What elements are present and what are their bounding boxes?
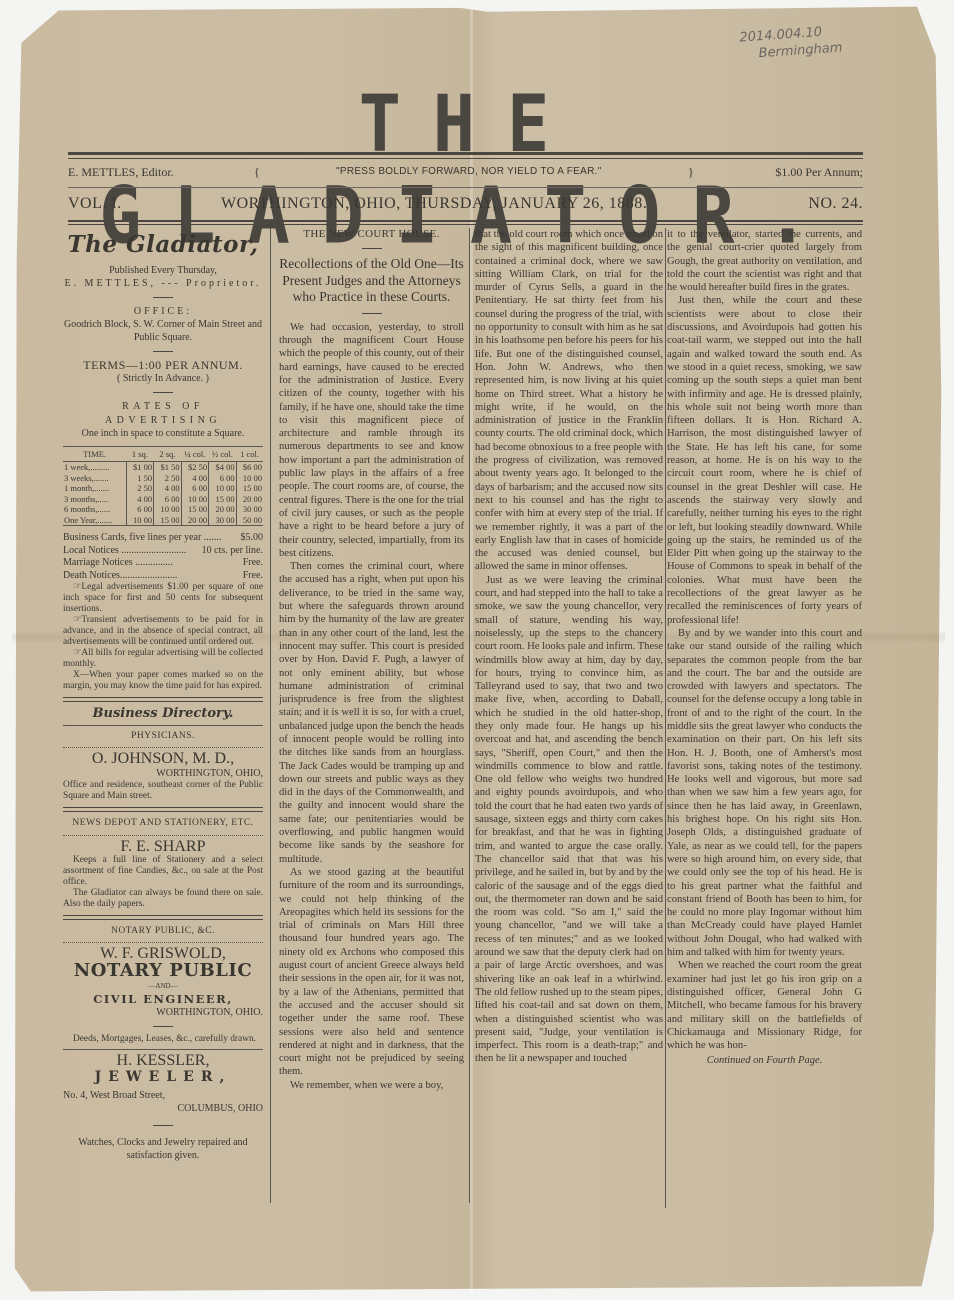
rate-cell: $1 00 [126,462,153,473]
rates-col-full: 1 col. [236,446,263,462]
listing-kessler-name: H. KESSLER, [63,1054,263,1067]
article-paragraph: As we stood gazing at the beautiful furn… [279,866,464,1079]
article-paragraph: Just as we were leaving the criminal cou… [475,574,663,1066]
section-rule [63,807,263,812]
dateline-rule-thin [68,224,863,225]
rates-note: One inch in space to constitute a Square… [63,427,263,440]
notice-row: Death Notices.......................Free… [63,570,263,583]
rate-cell: 6 00 [126,504,153,515]
notice-value: 10 cts. per line. [202,545,263,558]
listing-johnson-text: Office and residence, southeast corner o… [63,780,263,802]
listing-griswold-city: WORTHINGTON, OHIO. [63,1006,263,1019]
table-row: 1 week,......... $1 00 $1 50 $2 50 $4 00… [63,462,263,473]
listing-text: Keeps a full line of Stationery and a se… [63,855,263,888]
handwritten-catalog-note: 2014.004.10 Bermingham [739,22,843,63]
publication-schedule: Published Every Thursday, [63,264,263,277]
volume-label: VOL. I. [68,195,122,213]
article-paragraph: that the old court room which once stood… [475,228,663,574]
notice-row: Marriage Notices ...............Free. [63,557,263,570]
issue-number: NO. 24. [808,195,863,213]
rate-cell: 10 00 [126,515,153,526]
business-directory-heading: Business Directory. [63,707,263,720]
rate-cell: 10 00 [236,473,263,484]
fine-print-item: ☞Transient advertisements to be paid for… [63,615,263,648]
notice-rates: Business Cards, five lines per year ....… [63,532,263,582]
rate-cell: $4 00 [209,462,236,473]
brace-left: { [254,165,260,180]
listing-text: Deeds, Mortgages, Leases, &c., carefully… [63,1034,263,1045]
fine-print-item: ☞Legal advertisements $1.00 per square o… [63,582,263,615]
divider-dash [153,1125,173,1126]
fine-print-item: X—When your paper comes marked so on the… [63,670,263,692]
rates-col-2sq: 2 sq. [154,446,181,462]
notice-label: Death Notices....................... [63,570,177,583]
rate-cell: 2 50 [126,483,153,494]
masthead-rule-thin [68,158,863,159]
notary-public-title: NOTARY PUBLIC [63,964,263,977]
subheader-rule [68,187,863,188]
article-column-2: that the old court room which once stood… [475,228,663,1066]
rate-cell: 6 months,...... [63,504,126,515]
notice-row: Business Cards, five lines per year ....… [63,532,263,545]
rate-cell: $2 50 [181,462,208,473]
paper-name-blackletter: The Gladiator, [63,232,263,258]
category-notary: NOTARY PUBLIC, &C. [63,925,263,938]
rate-cell: 1 week,......... [63,462,126,473]
terms-line: TERMS—1:00 PER ANNUM. [63,359,263,372]
proprietor-line: E. METTLES, --- Proprietor. [63,277,263,290]
dotted-rule [63,747,263,748]
rate-cell: 6 00 [154,494,181,505]
article-paragraph: Just then, while the court and these sci… [667,294,862,626]
rate-cell: $6 00 [236,462,263,473]
continued-notice: Continued on Fourth Page. [667,1054,862,1067]
listing-griswold-text: Deeds, Mortgages, Leases, &c., carefully… [63,1034,263,1045]
dotted-rule [63,835,263,836]
section-rule [63,725,263,726]
divider-dash [153,392,173,393]
office-address: Goodrich Block, S. W. Corner of Main Str… [63,318,263,344]
article-headline: THE NEW COURT HOUSE. [279,228,464,241]
rate-cell: 3 months,..... [63,494,126,505]
rates-col-quarter: ¼ col. [181,446,208,462]
advertising-fine-print: ☞Legal advertisements $1.00 per square o… [63,582,263,692]
rate-cell: 30 00 [209,515,236,526]
listing-kessler-address: No. 4, West Broad Street, [63,1089,263,1102]
article-column-3: it to the ventilator, started the curren… [667,228,862,1068]
article-paragraph: We had occasion, yesterday, to stroll th… [279,321,464,560]
jeweler-title: JEWELER, [63,1071,263,1084]
rate-cell: 2 50 [154,473,181,484]
category-physicians: PHYSICIANS. [63,730,263,743]
rate-cell: 6 00 [181,483,208,494]
rate-cell: 50 00 [236,515,263,526]
divider-dash [362,313,382,314]
divider-dash [153,351,173,352]
notice-label: Local Notices .......................... [63,545,186,558]
divider-dash [153,1026,173,1027]
category-news-depot: NEWS DEPOT AND STATIONERY, ETC. [63,817,263,830]
subscription-price: $1.00 Per Annum; [775,165,863,180]
section-rule [63,915,263,920]
article-column-1: THE NEW COURT HOUSE. Recollections of th… [279,228,464,1092]
notice-value: Free. [243,570,263,583]
dateline-rule-thick [68,220,863,222]
rate-cell: 6 00 [209,473,236,484]
divider-dash [362,248,382,249]
dateline-row: VOL. I. WORTHINGTON, OHIO, THURSDAY, JAN… [68,195,863,217]
rates-title: RATES OF ADVERTISING [63,400,263,427]
editor-credit: E. METTLES, Editor. [68,165,174,180]
rates-header-row: TIME. 1 sq. 2 sq. ¼ col. ½ col. 1 col. [63,446,263,462]
divider-dash [153,297,173,298]
article-paragraph: When we reached the court room the great… [667,959,862,1052]
notice-label: Business Cards, five lines per year ....… [63,532,221,545]
listing-text: Office and residence, southeast corner o… [63,780,263,802]
section-rule [63,697,263,702]
rate-cell: 4 00 [154,483,181,494]
rate-cell: 10 00 [181,494,208,505]
rate-cell: 1 month,....... [63,483,126,494]
listing-griswold-name: W. F. GRISWOLD, [63,947,263,960]
office-label: OFFICE: [63,305,263,318]
table-row: 3 months,..... 4 00 6 00 10 00 15 00 20 … [63,494,263,505]
brace-right: } [688,165,694,180]
rates-col-time: TIME. [63,446,126,462]
rate-cell: 1 50 [126,473,153,484]
listing-kessler-text: Watches, Clocks and Jewelry repaired and… [63,1136,263,1162]
listing-kessler-city: COLUMBUS, OHIO [63,1102,263,1115]
article-paragraph: it to the ventilator, started the curren… [667,228,862,294]
listing-johnson-name: O. JOHNSON, M. D., [63,752,263,765]
article-paragraph: We remember, when we were a boy, [279,1079,464,1092]
listing-sharp-name: F. E. SHARP [63,840,263,853]
rate-cell: One Year,....... [63,515,126,526]
rate-cell: 4 00 [126,494,153,505]
article-subheadline: Recollections of the Old One—Its Present… [279,256,464,306]
column-publication-info: The Gladiator, Published Every Thursday,… [63,228,263,1162]
notice-value: Free. [243,557,263,570]
rate-cell: 15 00 [154,515,181,526]
table-row: 6 months,...... 6 00 10 00 15 00 20 00 3… [63,504,263,515]
civil-engineer-title: CIVIL ENGINEER, [63,993,263,1006]
rate-cell: 15 00 [209,494,236,505]
place-and-date: WORTHINGTON, OHIO, THURSDAY, JANUARY 26,… [221,195,647,213]
fine-print-item: ☞All bills for regular advertising will … [63,648,263,670]
rate-cell: 20 00 [181,515,208,526]
table-row: 3 weeks,....... 1 50 2 50 4 00 6 00 10 0… [63,473,263,484]
rate-cell: 4 00 [181,473,208,484]
column-divider [469,228,470,1203]
notice-label: Marriage Notices ............... [63,557,173,570]
rate-cell: 30 00 [236,504,263,515]
listing-johnson-city: WORTHINGTON, OHIO, [63,767,263,780]
column-divider [270,228,271,1203]
subheader-row: E. METTLES, Editor. { "PRESS BOLDLY FORW… [68,165,863,183]
rate-cell: 10 00 [209,483,236,494]
table-row: 1 month,....... 2 50 4 00 6 00 10 00 15 … [63,483,263,494]
listing-sharp-text: Keeps a full line of Stationery and a se… [63,855,263,910]
masthead-rule-thick [68,152,863,155]
rate-cell: 20 00 [236,494,263,505]
listing-text: The Gladiator can always be found there … [63,888,263,910]
rate-cell: 15 00 [181,504,208,515]
rates-col-1sq: 1 sq. [126,446,153,462]
rate-cell: 20 00 [209,504,236,515]
and-label: —AND— [63,980,263,993]
terms-note: ( Strictly In Advance. ) [63,372,263,385]
motto: "PRESS BOLDLY FORWARD, NOR YIELD TO A FE… [336,166,602,177]
article-paragraph: By and by we wander into this court and … [667,627,862,959]
rate-cell: 15 00 [236,483,263,494]
article-paragraph: Then comes the criminal court, where the… [279,560,464,866]
notice-row: Local Notices ..........................… [63,545,263,558]
column-divider [665,228,666,1208]
advertising-rates-table: TIME. 1 sq. 2 sq. ¼ col. ½ col. 1 col. 1… [63,446,263,527]
rates-col-half: ½ col. [209,446,236,462]
rate-cell: 10 00 [154,504,181,515]
dotted-rule [63,942,263,943]
section-rule [63,1049,263,1050]
table-row: One Year,....... 10 00 15 00 20 00 30 00… [63,515,263,526]
rate-cell: 3 weeks,....... [63,473,126,484]
rate-cell: $1 50 [154,462,181,473]
notice-value: $5.00 [241,532,264,545]
